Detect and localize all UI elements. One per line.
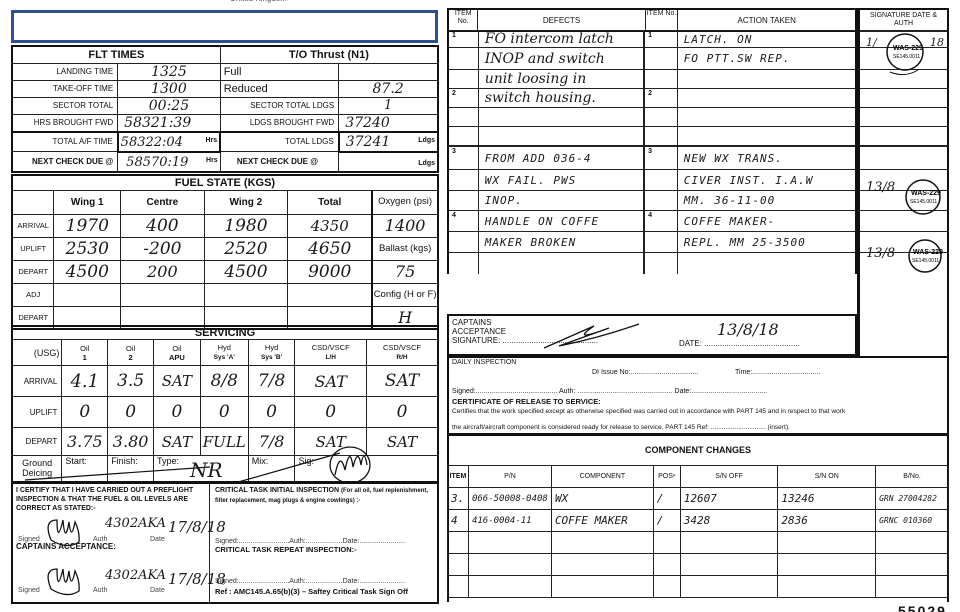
component-row: 4416-0004-11COFFE MAKER/34282836GRNC 010… <box>448 510 949 532</box>
action-item-no: 1 <box>645 31 678 47</box>
captain-acceptance-date-label: DATE: ..................................… <box>679 339 800 348</box>
ballast-value[interactable]: 75 <box>372 260 438 283</box>
oxygen-label: Oxygen (psi) <box>372 190 438 214</box>
component-changes-title: COMPONENT CHANGES <box>449 436 947 455</box>
svc-row-label: UPLIFT <box>12 397 62 428</box>
action-text[interactable]: LATCH. ON <box>678 31 855 47</box>
captain-acceptance-box: CAPTAINSACCEPTANCESIGNATURE: ...........… <box>447 314 857 356</box>
page-number: 55029 <box>898 603 947 612</box>
component-col-header: P/N <box>468 466 551 488</box>
action-text[interactable] <box>678 89 855 107</box>
svc-col-csd-rh: CSD/VSCFR/H <box>366 340 438 366</box>
action-text[interactable]: FO PTT.SW REP. <box>678 48 855 69</box>
fuel-cell[interactable]: 4500 <box>54 260 121 283</box>
config-label: Config (H or F) <box>372 283 438 306</box>
next-check-hrs-cell[interactable]: 58570:19Hrs <box>118 152 221 172</box>
component-cell[interactable] <box>551 576 653 598</box>
component-cell[interactable]: GRN 27004282 <box>876 488 949 510</box>
next-check-ldgs-label: NEXT CHECK DUE @ <box>220 152 339 172</box>
svc-cell[interactable]: SAT <box>295 366 367 397</box>
defect-row: WX FAIL. PWSCIVER INST. I.A.W <box>447 169 857 190</box>
next-check-hrs-label: NEXT CHECK DUE @ <box>12 152 118 172</box>
component-cell[interactable] <box>876 554 949 576</box>
component-col-header: POSⁿ <box>653 466 680 488</box>
auth-stamp-1: WAS-229SE145.0011 <box>880 30 930 80</box>
ldgs-unit: Ldgs <box>418 137 435 144</box>
component-cell[interactable] <box>778 576 876 598</box>
defect-row: INOP.MM. 36-11-00 <box>447 190 857 210</box>
component-cell[interactable] <box>468 532 551 554</box>
daily-title: DAILY INSPECTION <box>452 359 516 366</box>
defect-text[interactable] <box>479 127 645 145</box>
top-caption: United Kingdom <box>230 0 287 3</box>
component-cell[interactable] <box>468 554 551 576</box>
defect-row: 2switch housing.2 <box>447 88 857 107</box>
flt-times-title: FLT TIMES <box>12 46 220 63</box>
fuel-row-label: ADJ <box>12 283 54 306</box>
component-cell[interactable] <box>551 532 653 554</box>
fuel-row-label: DEPART <box>12 260 54 283</box>
preflight-certify-box: I CERTIFY THAT I HAVE CARRIED OUT A PREF… <box>13 484 210 602</box>
total-af-time-label: TOTAL A/F TIME <box>12 132 118 152</box>
svg-text:SE145.0011: SE145.0011 <box>910 199 937 205</box>
svc-col-oil1: Oil1 <box>62 340 108 366</box>
svc-cell[interactable]: SAT <box>366 366 438 397</box>
defect-text[interactable]: switch housing. <box>479 89 645 107</box>
action-item-header: ITEM No. <box>645 9 678 31</box>
thrust-full-label: Full <box>220 63 339 80</box>
action-text[interactable] <box>678 70 855 88</box>
component-cell[interactable] <box>448 576 469 598</box>
defect-text[interactable]: WX FAIL. PWS <box>479 170 645 190</box>
defect-row <box>447 126 857 145</box>
svc-cell[interactable]: 0 <box>154 397 201 428</box>
defects-header: DEFECTS <box>478 9 645 31</box>
svc-col-csd-lh: CSD/VSCFL/H <box>295 340 367 366</box>
component-cell[interactable]: 3. <box>448 488 469 510</box>
fuel-cell[interactable]: 1980 <box>204 214 288 237</box>
component-cell[interactable]: 3428 <box>680 510 778 532</box>
critical-initial-signed-line[interactable]: Signed:..........................Auth:..… <box>215 538 406 545</box>
defect-text[interactable]: HANDLE ON COFFE <box>479 211 645 231</box>
daily-inspection-box: DAILY INSPECTION DI Issue No:...........… <box>447 356 949 436</box>
defect-text[interactable] <box>479 253 645 274</box>
total-ldgs-label: TOTAL LDGS <box>220 132 339 152</box>
defect-item-no <box>449 108 479 126</box>
fuel-corner <box>12 190 54 214</box>
crs-title: CERTIFICATE OF RELEASE TO SERVICE: <box>452 397 601 406</box>
component-cell[interactable] <box>653 532 680 554</box>
signature-cell[interactable] <box>860 88 949 107</box>
certify-section: I CERTIFY THAT I HAVE CARRIED OUT A PREF… <box>11 482 439 604</box>
defect-item-no <box>449 70 479 88</box>
defect-text[interactable] <box>479 108 645 126</box>
fuel-cell[interactable]: 200 <box>121 260 205 283</box>
defect-text[interactable]: INOP and switch <box>479 48 645 69</box>
sig-4-text: 13/8 <box>866 246 895 261</box>
critical-task-box: CRITICAL TASK INITIAL INSPECTION (For al… <box>213 484 438 602</box>
hrs-unit: Hrs <box>206 137 218 144</box>
component-cell[interactable]: / <box>653 488 680 510</box>
defect-item-no: 4 <box>449 211 479 231</box>
total-ldgs-value: 37241 <box>342 134 391 150</box>
component-cell[interactable] <box>876 532 949 554</box>
di-time[interactable]: Time:................................... <box>735 369 820 376</box>
total-af-time-value: 58322:04 <box>121 135 183 150</box>
defect-row <box>447 252 857 274</box>
component-cell[interactable] <box>876 576 949 598</box>
defect-row: 3FROM ADD 036-43NEW WX TRANS. <box>447 145 857 169</box>
action-item-no <box>645 232 678 252</box>
component-row <box>448 554 949 576</box>
fuel-col-centre: Centre <box>121 190 205 214</box>
svc-row-label: ARRIVAL <box>12 366 62 397</box>
svc-cell[interactable]: 0 <box>295 397 367 428</box>
component-cell[interactable] <box>680 576 778 598</box>
component-cell[interactable] <box>448 532 469 554</box>
action-text[interactable] <box>678 108 855 126</box>
fuel-col-wing2: Wing 2 <box>204 190 288 214</box>
fuel-row-label: UPLIFT <box>12 237 54 260</box>
fuel-title: FUEL STATE (KGS) <box>12 175 438 190</box>
defect-text[interactable]: MAKER BROKEN <box>479 232 645 252</box>
critical-ref: Ref : AMC145.A.65(b)(3) – Saftey Critica… <box>215 587 408 596</box>
sector-total-value[interactable]: 00:25 <box>118 97 221 114</box>
action-item-no: 2 <box>645 89 678 107</box>
fuel-cell[interactable]: 4350 <box>288 214 373 237</box>
action-text[interactable]: MM. 36-11-00 <box>678 191 855 210</box>
auth-stamp-2: WAS-229SE145.0011 <box>898 175 946 223</box>
component-cell[interactable]: 4 <box>448 510 469 532</box>
component-cell[interactable] <box>448 554 469 576</box>
action-text[interactable]: COFFE MAKER- <box>678 211 855 231</box>
component-changes-table: ITEMP/NCOMPONENTPOSⁿS/N OFFS/N ONB/No. 3… <box>447 465 949 598</box>
captain-date-label: Date <box>150 587 165 594</box>
captain-acceptance-date-value[interactable]: 13/8/18 <box>717 320 779 339</box>
action-text[interactable] <box>678 253 855 274</box>
defect-item-no <box>449 232 479 252</box>
action-item-no <box>645 70 678 88</box>
component-cell[interactable]: 2836 <box>778 510 876 532</box>
defect-text[interactable]: FO intercom latch <box>479 31 645 47</box>
component-cell[interactable] <box>680 532 778 554</box>
total-af-time-cell[interactable]: 58322:04Hrs <box>118 132 221 152</box>
action-header: ACTION TAKEN <box>678 9 856 31</box>
di-signed-line[interactable]: Signed:.................................… <box>452 388 767 395</box>
svc-cell[interactable]: SAT <box>154 366 201 397</box>
defect-text[interactable]: INOP. <box>479 191 645 210</box>
svg-text:WAS-229: WAS-229 <box>911 190 941 197</box>
component-cell[interactable]: WX <box>551 488 653 510</box>
component-cell[interactable]: COFFE MAKER <box>551 510 653 532</box>
fuel-col-wing1: Wing 1 <box>54 190 121 214</box>
component-cell[interactable]: / <box>653 510 680 532</box>
hrs-brought-fwd-value[interactable]: 58321:39 <box>118 114 221 132</box>
total-ldgs-cell[interactable]: 37241Ldgs <box>339 132 438 152</box>
hrs-brought-fwd-label: HRS BROUGHT FWD <box>12 114 118 132</box>
captain-signature[interactable] <box>41 559 91 597</box>
action-item-no <box>645 253 678 274</box>
component-col-header: COMPONENT <box>551 466 653 488</box>
component-cell[interactable]: 13246 <box>778 488 876 510</box>
defect-item-no: 3 <box>449 147 479 169</box>
defect-text[interactable]: FROM ADD 036-4 <box>479 147 645 169</box>
component-row <box>448 576 949 598</box>
component-cell[interactable] <box>778 554 876 576</box>
component-cell[interactable] <box>653 554 680 576</box>
sig-1-text: 1/ <box>866 36 877 49</box>
next-check-ldgs-cell[interactable]: Ldgs <box>339 152 438 172</box>
thrust-title: T/O Thrust (N1) <box>220 46 438 63</box>
auth-stamp-3: WAS-229SE145.0011 <box>903 236 949 280</box>
svc-cell[interactable]: 0 <box>108 397 154 428</box>
action-item-no: 3 <box>645 147 678 169</box>
flt-times-table: FLT TIMES T/O Thrust (N1) LANDING TIME 1… <box>11 45 439 173</box>
fuel-cell[interactable]: -200 <box>121 237 205 260</box>
action-item-no <box>645 127 678 145</box>
component-col-header: ITEM <box>448 466 469 488</box>
thrust-reduced-label: Reduced <box>220 80 339 97</box>
fuel-row-label: ARRIVAL <box>12 214 54 237</box>
action-item-no: 4 <box>645 211 678 231</box>
svg-text:WAS-229: WAS-229 <box>913 249 943 256</box>
action-item-no <box>645 108 678 126</box>
di-issue-no[interactable]: DI Issue No:............................… <box>592 369 699 376</box>
defect-row: INOP and switchFO PTT.SW REP. <box>447 47 857 69</box>
signature-header: SIGNATURE DATE & AUTH <box>860 10 947 32</box>
ldgs-unit: Ldgs <box>418 160 435 167</box>
crs-text-2: the aircraft/aircraft component is consi… <box>452 424 790 431</box>
svg-text:SE145.0011: SE145.0011 <box>912 258 939 264</box>
sig-3-text: 13/8 <box>866 180 895 195</box>
oxygen-value[interactable]: 1400 <box>372 214 438 237</box>
defect-item-no: 1 <box>449 31 479 47</box>
thrust-full-value[interactable] <box>339 63 438 80</box>
svc-cell[interactable]: 0 <box>366 397 438 428</box>
component-col-header: S/N ON <box>778 466 876 488</box>
defect-row: unit loosing in <box>447 69 857 88</box>
component-row: 3.066-50008-0408WX/1260713246GRN 2700428… <box>448 488 949 510</box>
component-cell[interactable] <box>551 554 653 576</box>
thrust-reduced-value[interactable]: 87.2 <box>339 80 438 97</box>
component-cell[interactable]: GRNC 010360 <box>876 510 949 532</box>
hrs-unit: Hrs <box>206 157 218 164</box>
svc-cell[interactable]: 4.1 <box>62 366 108 397</box>
action-item-no <box>645 170 678 190</box>
action-text[interactable]: CIVER INST. I.A.W <box>678 170 855 190</box>
svc-cell[interactable]: 0 <box>248 397 295 428</box>
defect-item-no <box>449 191 479 210</box>
sector-total-ldgs-value[interactable]: 1 <box>339 97 438 114</box>
svc-col-hyd-b: HydSys 'B' <box>248 340 295 366</box>
signature-cell[interactable] <box>860 145 949 169</box>
critical-repeat-signed-line[interactable]: Signed:..........................Auth:..… <box>215 578 406 585</box>
svg-text:SE145.0011: SE145.0011 <box>893 54 920 60</box>
component-cell[interactable] <box>778 532 876 554</box>
component-cell[interactable]: 12607 <box>680 488 778 510</box>
fuel-cell[interactable] <box>121 283 205 306</box>
preflight-auth-value[interactable]: 4302AKA <box>105 516 166 531</box>
component-cell[interactable] <box>468 576 551 598</box>
fuel-cell[interactable]: 9000 <box>288 260 373 283</box>
signature-cell[interactable] <box>860 107 949 126</box>
component-col-header: B/No. <box>876 466 949 488</box>
fuel-cell[interactable] <box>288 283 373 306</box>
next-check-hrs-value: 58570:19 <box>120 155 188 170</box>
defect-item-no <box>449 127 479 145</box>
fuel-cell[interactable]: 4650 <box>288 237 373 260</box>
defects-table: ITEM No. DEFECTS ITEM No. ACTION TAKEN <box>447 8 857 32</box>
preflight-date-label: Date <box>150 536 165 543</box>
fuel-cell[interactable]: 400 <box>121 214 205 237</box>
svc-cell[interactable]: 7/8 <box>248 366 295 397</box>
sector-total-ldgs-label: SECTOR TOTAL LDGS <box>220 97 339 114</box>
fuel-cell[interactable]: 1970 <box>54 214 121 237</box>
usg-label: (USG) <box>12 340 62 366</box>
defects-item-header: ITEM No. <box>448 9 478 31</box>
landing-time-label: LANDING TIME <box>12 63 118 80</box>
sector-total-label: SECTOR TOTAL <box>12 97 118 114</box>
takeoff-time-value[interactable]: 1300 <box>118 80 221 97</box>
takeoff-time-label: TAKE-OFF TIME <box>12 80 118 97</box>
svc-col-oil-apu: OilAPU <box>154 340 201 366</box>
action-text[interactable]: NEW WX TRANS. <box>678 147 855 169</box>
defect-item-no <box>449 48 479 69</box>
svc-cell[interactable]: 3.5 <box>108 366 154 397</box>
captain-acceptance-signature[interactable] <box>539 318 649 358</box>
defect-row: 1FO intercom latch1LATCH. ON <box>447 30 857 47</box>
fuel-cell[interactable]: 2530 <box>54 237 121 260</box>
svc-cell[interactable]: 8/8 <box>200 366 248 397</box>
action-text[interactable] <box>678 127 855 145</box>
svc-cell[interactable]: 0 <box>62 397 108 428</box>
svc-cell[interactable]: 0 <box>200 397 248 428</box>
captain-signed-label: Signed <box>18 587 40 594</box>
component-col-header: S/N OFF <box>680 466 778 488</box>
component-cell[interactable] <box>680 554 778 576</box>
defect-row: MAKER BROKENREPL. MM 25-3500 <box>447 231 857 252</box>
svc-col-oil2: Oil2 <box>108 340 154 366</box>
ldgs-brought-fwd-value[interactable]: 37240 <box>339 114 438 132</box>
defect-item-no: 2 <box>449 89 479 107</box>
fuel-cell[interactable]: 4500 <box>204 260 288 283</box>
signature-cell[interactable] <box>860 126 949 145</box>
landing-time-value[interactable]: 1325 <box>118 63 221 80</box>
svc-col-hyd-a: HydSys 'A' <box>200 340 248 366</box>
fuel-state-table: FUEL STATE (KGS) Wing 1 Centre Wing 2 To… <box>11 174 439 330</box>
fuel-cell[interactable] <box>204 283 288 306</box>
fuel-cell[interactable]: 2520 <box>204 237 288 260</box>
servicing-title: SERVICING <box>12 326 438 340</box>
defect-text[interactable]: unit loosing in <box>479 70 645 88</box>
captains-acceptance-label: CAPTAINS ACCEPTANCE: <box>16 542 116 551</box>
redacted-header-box <box>11 10 438 43</box>
component-cell[interactable]: 416-0004-11 <box>468 510 551 532</box>
ldgs-brought-fwd-label: LDGS BROUGHT FWD <box>220 114 339 132</box>
component-row <box>448 532 949 554</box>
action-item-no <box>645 191 678 210</box>
component-cell[interactable]: 066-50008-0408 <box>468 488 551 510</box>
captain-auth-label: Auth <box>93 587 107 594</box>
action-text[interactable]: REPL. MM 25-3500 <box>678 232 855 252</box>
critical-repeat-title: CRITICAL TASK REPEAT INSPECTION:- <box>215 545 357 554</box>
fuel-col-total: Total <box>288 190 373 214</box>
defect-item-no <box>449 170 479 190</box>
defect-row <box>447 107 857 126</box>
sig-1-text-b: 18 <box>930 36 944 49</box>
ballast-label: Ballast (kgs) <box>372 237 438 260</box>
fuel-cell[interactable] <box>54 283 121 306</box>
svg-text:WAS-229: WAS-229 <box>893 45 923 52</box>
captain-auth-value[interactable]: 4302AKA <box>105 568 166 583</box>
component-cell[interactable] <box>653 576 680 598</box>
defect-row: 4HANDLE ON COFFE4COFFE MAKER- <box>447 210 857 231</box>
critical-initial: CRITICAL TASK INITIAL INSPECTION (For al… <box>213 484 438 506</box>
action-item-no <box>645 48 678 69</box>
defect-item-no <box>449 253 479 274</box>
crs-text-1: Certifies that the work specified except… <box>452 408 845 415</box>
